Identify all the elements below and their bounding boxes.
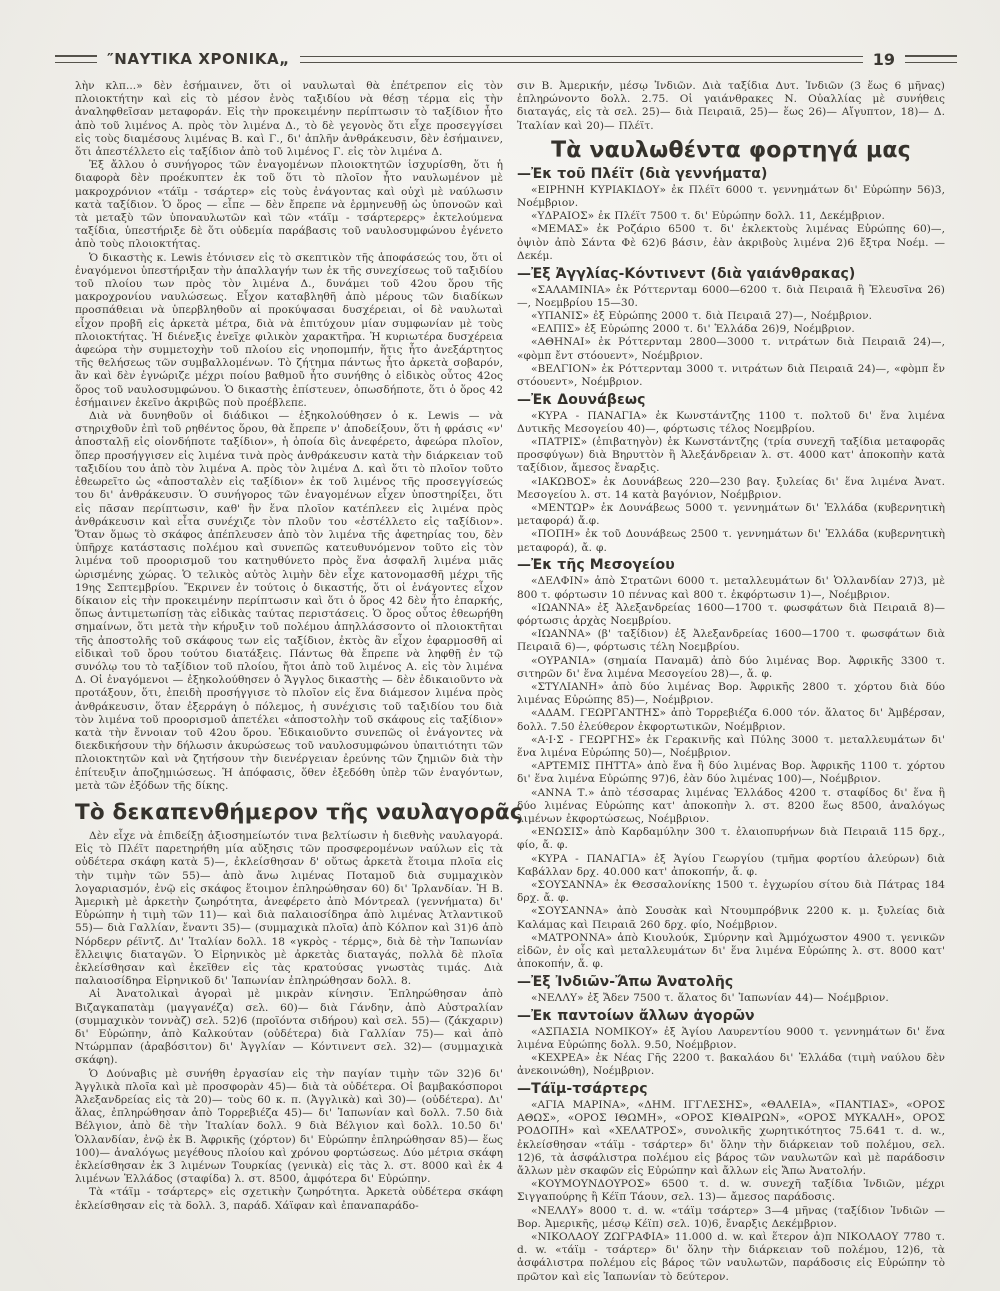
freight-section-heading: —Ἐξ Ἰνδιῶν-Ἄπω Ἀνατολῆς	[517, 974, 945, 991]
freight-section-heading: —Τάϊμ-τσάρτερς	[517, 1081, 945, 1098]
freight-item: «ΙΑΚΩΒΟΣ» ἐκ Δουνάβεως 220—230 βαγ. ξυλε…	[517, 476, 945, 502]
header-rule-left	[55, 55, 97, 63]
market-paragraph: Αἱ Ἀνατολικαὶ ἀγοραὶ μὲ μικρὰν κίνησιν. …	[75, 988, 503, 1067]
continuation-paragraph: σιν Β. Ἀμερικήν, μέσῳ Ἰνδιῶν. Διὰ ταξίδι…	[517, 80, 945, 133]
freight-item: «ΝΕΛΛΥ» 8000 τ. d. w. «τάϊμ τσάρτερ» 3—4…	[517, 1205, 945, 1231]
market-paragraph: Δὲν εἶχε νὰ ἐπιδείξῃ ἀξιοσημείωτόν τινα …	[75, 830, 503, 988]
freight-section-heading: —Ἐκ τοῦ Πλέϊτ (διὰ γεννήματα)	[517, 166, 945, 183]
freight-item: «ΑΣΠΑΣΙΑ ΝΟΜΙΚΟΥ» ἐξ Ἁγίου Λαυρεντίου 90…	[517, 1026, 945, 1052]
fortnight-market-heading: Τὸ δεκαπενθήμερον τῆς ναυλαγορᾶς	[75, 800, 503, 825]
header-rule-right	[905, 55, 957, 63]
header-rule-middle	[300, 56, 863, 63]
freight-item: «ΚΕΧΡΕΑ» ἐκ Νέας Γῆς 2200 τ. βακαλάου δι…	[517, 1052, 945, 1078]
chartered-freighters-heading: Τὰ ναυλωθέντα φορτηγά μας	[517, 138, 945, 163]
freight-item: «ΜΑΤΡΟΝΝΑ» ἀπὸ Κιουλούκ, Σμύρνην καὶ Ἀμμ…	[517, 932, 945, 972]
article-paragraph: Διὰ νὰ δυνηθοῦν οἱ διάδικοι — ἐξηκολούθη…	[75, 410, 503, 793]
right-column: σιν Β. Ἀμερικήν, μέσῳ Ἰνδιῶν. Διὰ ταξίδι…	[517, 80, 945, 1284]
freight-sections: —Ἐκ τοῦ Πλέϊτ (διὰ γεννήματα)«ΕΙΡΗΝΗ ΚΥΡ…	[517, 166, 945, 1284]
freight-item: «ΝΙΚΟΛΑΟΥ ΖΩΓΡΑΦΙΑ» 11.000 d. w. καὶ ἕτε…	[517, 1231, 945, 1284]
freight-item: «ΙΩΑΝΝΑ» (β' ταξίδιον) ἐξ Ἀλεξανδρείας 1…	[517, 628, 945, 654]
freight-item: «ΕΙΡΗΝΗ ΚΥΡΙΑΚΙΔΟΥ» ἐκ Πλέϊτ 6000 τ. γεν…	[517, 184, 945, 210]
publication-title: ″ΝΑΥΤΙΚΑ ΧΡΟΝΙΚΑ„	[107, 50, 290, 68]
freight-item: «ΑΔΑΜ. ΓΕΩΡΓΑΝΤΗΣ» ἀπὸ Τορρεβιέζα 6.000 …	[517, 707, 945, 733]
newspaper-page: ″ΝΑΥΤΙΚΑ ΧΡΟΝΙΚΑ„ 19 λὴν κλπ...» δὲν ἐσή…	[0, 0, 1000, 1291]
freight-item: «ΑΝΝΑ Τ.» ἀπὸ τέσσαρας λιμένας Ἑλλάδος 4…	[517, 787, 945, 827]
freight-item: «ΣΤΥΛΙΑΝΗ» ἀπὸ δύο λιμένας Βορ. Ἀφρικῆς …	[517, 681, 945, 707]
freight-item: «ΣΟΥΣΑΝΝΑ» ἐκ Θεσσαλονίκης 1500 τ. ἐγχωρ…	[517, 879, 945, 905]
market-review-continuation: σιν Β. Ἀμερικήν, μέσῳ Ἰνδιῶν. Διὰ ταξίδι…	[517, 80, 945, 133]
freight-item: «ΥΠΑΝΙΣ» ἐξ Εὐρώπης 2000 τ. διὰ Πειραιᾶ …	[517, 310, 945, 323]
freight-item: «ΑΡΤΕΜΙΣ ΠΗΤΤΑ» ἀπὸ ἕνα ἢ δύο λιμένας Βο…	[517, 760, 945, 786]
charter-lawsuit-article: λὴν κλπ...» δὲν ἐσήμαινεν, ὅτι οἱ ναυλωτ…	[75, 80, 503, 793]
market-paragraph: Τὰ «τάϊμ - τσάρτερς» εἰς σχετικὴν ζωηρότ…	[75, 1186, 503, 1212]
article-paragraph: Ὁ δικαστὴς κ. Lewis ἐτόνισεν εἰς τὸ σκεπ…	[75, 252, 503, 410]
freight-item: «ΚΥΡΑ - ΠΑΝΑΓΙΑ» ἐκ Κωνστάντζης 1100 τ. …	[517, 410, 945, 436]
page-number: 19	[873, 50, 895, 69]
freight-item: «ΑΓΙΑ ΜΑΡΙΝΑ», «ΔΗΜ. ΙΓΓΛΕΣΗΣ», «ΘΑΛΕΙΑ»…	[517, 1099, 945, 1178]
freight-item: «ΣΟΥΣΑΝΝΑ» ἀπὸ Σουσὰκ καὶ Ντουμπρόβνικ 2…	[517, 905, 945, 931]
freight-item: «ΕΛΠΙΣ» ἐξ Εὐρώπης 2000 τ. δι' Ἑλλάδα 26…	[517, 323, 945, 336]
article-paragraph: λὴν κλπ...» δὲν ἐσήμαινεν, ὅτι οἱ ναυλωτ…	[75, 80, 503, 159]
freight-market-review: Δὲν εἶχε νὰ ἐπιδείξῃ ἀξιοσημείωτόν τινα …	[75, 830, 503, 1213]
freight-section-heading: —Ἐξ Ἀγγλίας-Κόντινεντ (διὰ γαιάνθρακας)	[517, 266, 945, 283]
freight-item: «ΒΕΛΓΙΟΝ» ἐκ Ρόττερνταμ 3000 τ. νιτράτων…	[517, 363, 945, 389]
freight-section-heading: —Ἐκ παντοίων ἄλλων ἀγορῶν	[517, 1008, 945, 1025]
freight-item: «ΥΔΡΑΙΟΣ» ἐκ Πλέϊτ 7500 τ. δι' Εὐρώπην δ…	[517, 210, 945, 223]
freight-item: «ΟΥΡΑΝΙΑ» (σημαία Παναμᾶ) ἀπὸ δύο λιμένα…	[517, 655, 945, 681]
freight-item: «ΠΟΠΗ» ἐκ τοῦ Δουνάβεως 2500 τ. γεννημάτ…	[517, 528, 945, 554]
freight-section-heading: —Ἐκ Δουνάβεως	[517, 392, 945, 409]
freight-section-heading: —Ἐκ τῆς Μεσογείου	[517, 557, 945, 574]
market-paragraph: Ὁ Δούναβις μὲ συνήθη ἐργασίαν εἰς τὴν πα…	[75, 1068, 503, 1187]
freight-item: «ΠΑΤΡΙΣ» (ἐπιβατηγὸν) ἐκ Κωνστάντζης (τρ…	[517, 436, 945, 476]
content-columns: λὴν κλπ...» δὲν ἐσήμαινεν, ὅτι οἱ ναυλωτ…	[75, 80, 945, 1284]
freight-item: «ΚΥΡΑ - ΠΑΝΑΓΙΑ» ἐξ Ἁγίου Γεωργίου (τμῆμ…	[517, 853, 945, 879]
freight-item: «ΜΕΝΤΩΡ» ἐκ Δουνάβεως 5000 τ. γεννημάτων…	[517, 502, 945, 528]
freight-item: «ΕΝΩΣΙΣ» ἀπὸ Καρδαμύλην 300 τ. ἐλαιοπυρή…	[517, 826, 945, 852]
freight-item: «ΝΕΛΛΥ» ἐξ Ἄδεν 7500 τ. ἅλατος δι' Ἰαπων…	[517, 992, 945, 1005]
page-header: ″ΝΑΥΤΙΚΑ ΧΡΟΝΙΚΑ„ 19	[55, 46, 957, 72]
freight-item: «ΚΟΥΜΟΥΝΔΟΥΡΟΣ» 6500 τ. d. w. συνεχῆ ταξ…	[517, 1178, 945, 1204]
freight-item: «ΑΘΗΝΑΙ» ἐκ Ρόττερνταμ 2800—3000 τ. νιτρ…	[517, 336, 945, 362]
freight-item: «ΔΕΛΦΙΝ» ἀπὸ Στρατῶνι 6000 τ. μεταλλευμά…	[517, 575, 945, 601]
freight-item: «ΣΑΛΑΜΙΝΙΑ» ἐκ Ρόττερνταμ 6000—6200 τ. δ…	[517, 284, 945, 310]
article-paragraph: Ἐξ ἄλλου ὁ συνήγορος τῶν ἐναγομένων πλοι…	[75, 159, 503, 251]
freight-item: «Α·Ι·Σ - ΓΕΩΡΓΗΣ» ἐκ Γερακινῆς καὶ Πύλης…	[517, 734, 945, 760]
left-column: λὴν κλπ...» δὲν ἐσήμαινεν, ὅτι οἱ ναυλωτ…	[75, 80, 503, 1213]
freight-item: «ΙΩΑΝΝΑ» ἐξ Ἀλεξανδρείας 1600—1700 τ. φω…	[517, 602, 945, 628]
freight-item: «ΜΕΜΑΣ» ἐκ Ροζάριο 6500 τ. δι' ἐκλεκτοὺς…	[517, 223, 945, 263]
